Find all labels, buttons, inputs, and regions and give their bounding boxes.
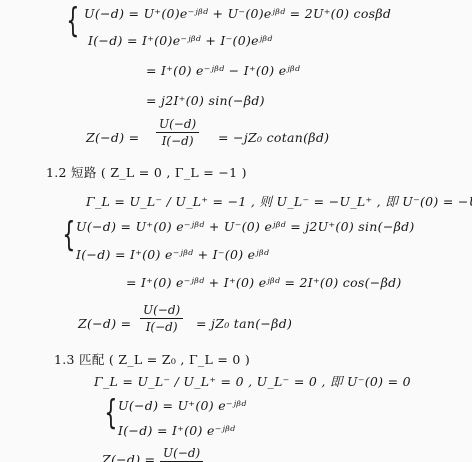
voltage-equation: U(−d) = U⁺(0)e⁻ʲᵝᵈ + U⁻(0)eʲᵝᵈ = 2U⁺(0) … [84,6,391,21]
impedance-result: = −jZ₀ cotan(βd) [218,130,329,145]
impedance-fraction: U(−d) [160,446,203,462]
reflection-coefficient-line: Γ_L = U_L⁻ / U_L⁺ = 0 , U_L⁻ = 0 , 即 U⁻(… [94,372,411,390]
reflection-coefficient-line: Γ_L = U_L⁻ / U_L⁺ = −1 , 则 U_L⁻ = −U_L⁺ … [86,192,472,210]
impedance-lhs: Z(−d) = [102,452,155,462]
current-equation: I(−d) = I⁺(0) e⁻ʲᵝᵈ [118,423,235,438]
fraction-numerator: U(−d) [160,446,203,462]
impedance-lhs: Z(−d) = [78,316,131,331]
section-heading-matched: 1.3 匹配 ( Z_L = Z₀ , Γ_L = 0 ) [54,350,250,368]
voltage-equation: U(−d) = U⁺(0) e⁻ʲᵝᵈ + U⁻(0) eʲᵝᵈ = j2U⁺(… [76,219,415,234]
impedance-result: = jZ₀ tan(−βd) [196,316,292,331]
handwritten-notes-page: { U(−d) = U⁺(0)e⁻ʲᵝᵈ + U⁻(0)eʲᵝᵈ = 2U⁺(0… [0,0,472,462]
impedance-fraction: U(−d) I(−d) [140,303,183,334]
fraction-numerator: U(−d) [156,117,199,133]
current-equation-result: = I⁺(0) e⁻ʲᵝᵈ + I⁺(0) eʲᵝᵈ = 2I⁺(0) cos(… [126,275,402,290]
impedance-fraction: U(−d) I(−d) [156,117,199,148]
fraction-denominator: I(−d) [146,319,178,334]
section-heading-short-circuit: 1.2 短路 ( Z_L = 0 , Γ_L = −1 ) [46,163,247,181]
equation-system-brace: { [66,4,79,38]
equation-system-brace: { [104,396,117,430]
voltage-equation: U(−d) = U⁺(0) e⁻ʲᵝᵈ [118,398,247,413]
current-equation-step: = I⁺(0) e⁻ʲᵝᵈ − I⁺(0) eʲᵝᵈ [146,63,300,78]
fraction-numerator: U(−d) [140,303,183,319]
current-equation: I(−d) = I⁺(0)e⁻ʲᵝᵈ + I⁻(0)eʲᵝᵈ [88,33,273,48]
equation-system-brace: { [62,218,75,252]
impedance-lhs: Z(−d) = [86,130,139,145]
fraction-denominator: I(−d) [162,133,194,148]
current-equation: I(−d) = I⁺(0) e⁻ʲᵝᵈ + I⁻(0) eʲᵝᵈ [76,247,269,262]
current-equation-result: = j2I⁺(0) sin(−βd) [146,93,265,108]
